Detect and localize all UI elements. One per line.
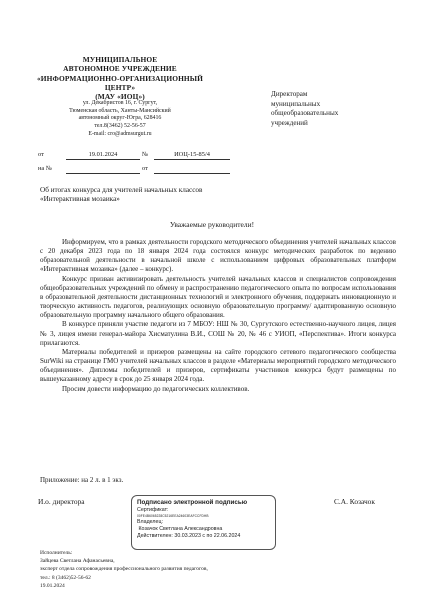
letter-body: Информируем, что в рамках деятельности г…: [40, 238, 396, 394]
reference-row: на № от: [38, 165, 228, 174]
email-line: E-mail: cro@admsurgut.ru: [30, 131, 210, 139]
body-paragraph: Просим довести информацию до педагогичес…: [40, 385, 396, 394]
subject-line: Об итогах конкурса для учителей начальны…: [40, 186, 340, 195]
body-paragraph: В конкурсе приняли участие педагоги из 7…: [40, 320, 396, 347]
recipient-line: муниципальных: [271, 100, 411, 110]
body-paragraph: Информируем, что в рамках деятельности г…: [40, 238, 396, 275]
address-line: автономный округ-Югра, 628416: [30, 115, 210, 123]
esign-owner-label: Владелец:: [137, 519, 270, 526]
executor-block: Исполнитель: Зайцева Светлана Афанасьевн…: [40, 549, 208, 590]
signatory-name: С.А. Козачок: [334, 497, 375, 506]
organization-address: ул. Декабристов 16, г. Сургут, Тюменская…: [30, 100, 210, 139]
body-paragraph: Материалы победителей и призеров размеще…: [40, 348, 396, 385]
org-name-line: ЦЕНТР»: [30, 83, 210, 92]
recipient-line: Директорам: [271, 90, 411, 100]
org-name-line: «ИНФОРМАЦИОННО-ОРГАНИЗАЦИОННЫЙ: [30, 74, 210, 83]
ref-date-value: [154, 165, 230, 174]
recipient-line: общеобразовательных: [271, 109, 411, 119]
greeting: Уважаемые руководители!: [0, 220, 424, 229]
esign-validity: Действителен: 30.03.2023 с по 22.06.2024: [137, 533, 270, 540]
number-label: №: [142, 151, 148, 158]
signatory-role: И.о. директора: [38, 497, 85, 506]
recipient-line: учреждений: [271, 119, 411, 129]
executor-line: 19.01.2024: [40, 582, 208, 590]
address-line: тел.8(3462) 52-56-57: [30, 123, 210, 131]
date-label: от: [38, 151, 44, 158]
executor-line: тел.: 8 (3462)52-56-62: [40, 574, 208, 582]
number-value: ИОЦ-15-85/4: [154, 151, 230, 160]
org-name-line: АВТОНОМНОЕ УЧРЕЖДЕНИЕ: [30, 64, 210, 73]
body-paragraph: Конкурс призван активизировать деятельно…: [40, 275, 396, 321]
executor-line: эксперт отдела сопровождения профессиона…: [40, 565, 208, 573]
recipient-block: Директорам муниципальных общеобразовател…: [271, 90, 411, 128]
ref-value: [66, 165, 140, 174]
ref-date-label: от: [142, 165, 148, 172]
letter-subject: Об итогах конкурса для учителей начальны…: [40, 186, 340, 205]
address-line: ул. Декабристов 16, г. Сургут,: [30, 100, 210, 108]
registration-row: от 19.01.2024 № ИОЦ-15-85/4: [38, 151, 228, 160]
esign-owner-value: Козачок Светлана Александровна: [137, 526, 270, 533]
executor-line: Исполнитель:: [40, 549, 208, 557]
esign-cert-label: Сертификат:: [137, 507, 270, 514]
electronic-signature-stamp: Подписано электронной подписью Сертифика…: [131, 495, 276, 550]
subject-line: «Интерактивная мозаика»: [40, 195, 340, 204]
ref-label: на №: [38, 165, 52, 172]
executor-line: Зайцева Светлана Афанасьевна,: [40, 557, 208, 565]
date-value: 19.01.2024: [66, 151, 140, 160]
appendix-note: Приложение: на 2 л. в 1 экз.: [40, 476, 123, 484]
org-name-line: МУНИЦИПАЛЬНОЕ: [30, 55, 210, 64]
organization-name: МУНИЦИПАЛЬНОЕ АВТОНОМНОЕ УЧРЕЖДЕНИЕ «ИНФ…: [30, 55, 210, 101]
esign-title: Подписано электронной подписью: [137, 499, 270, 507]
